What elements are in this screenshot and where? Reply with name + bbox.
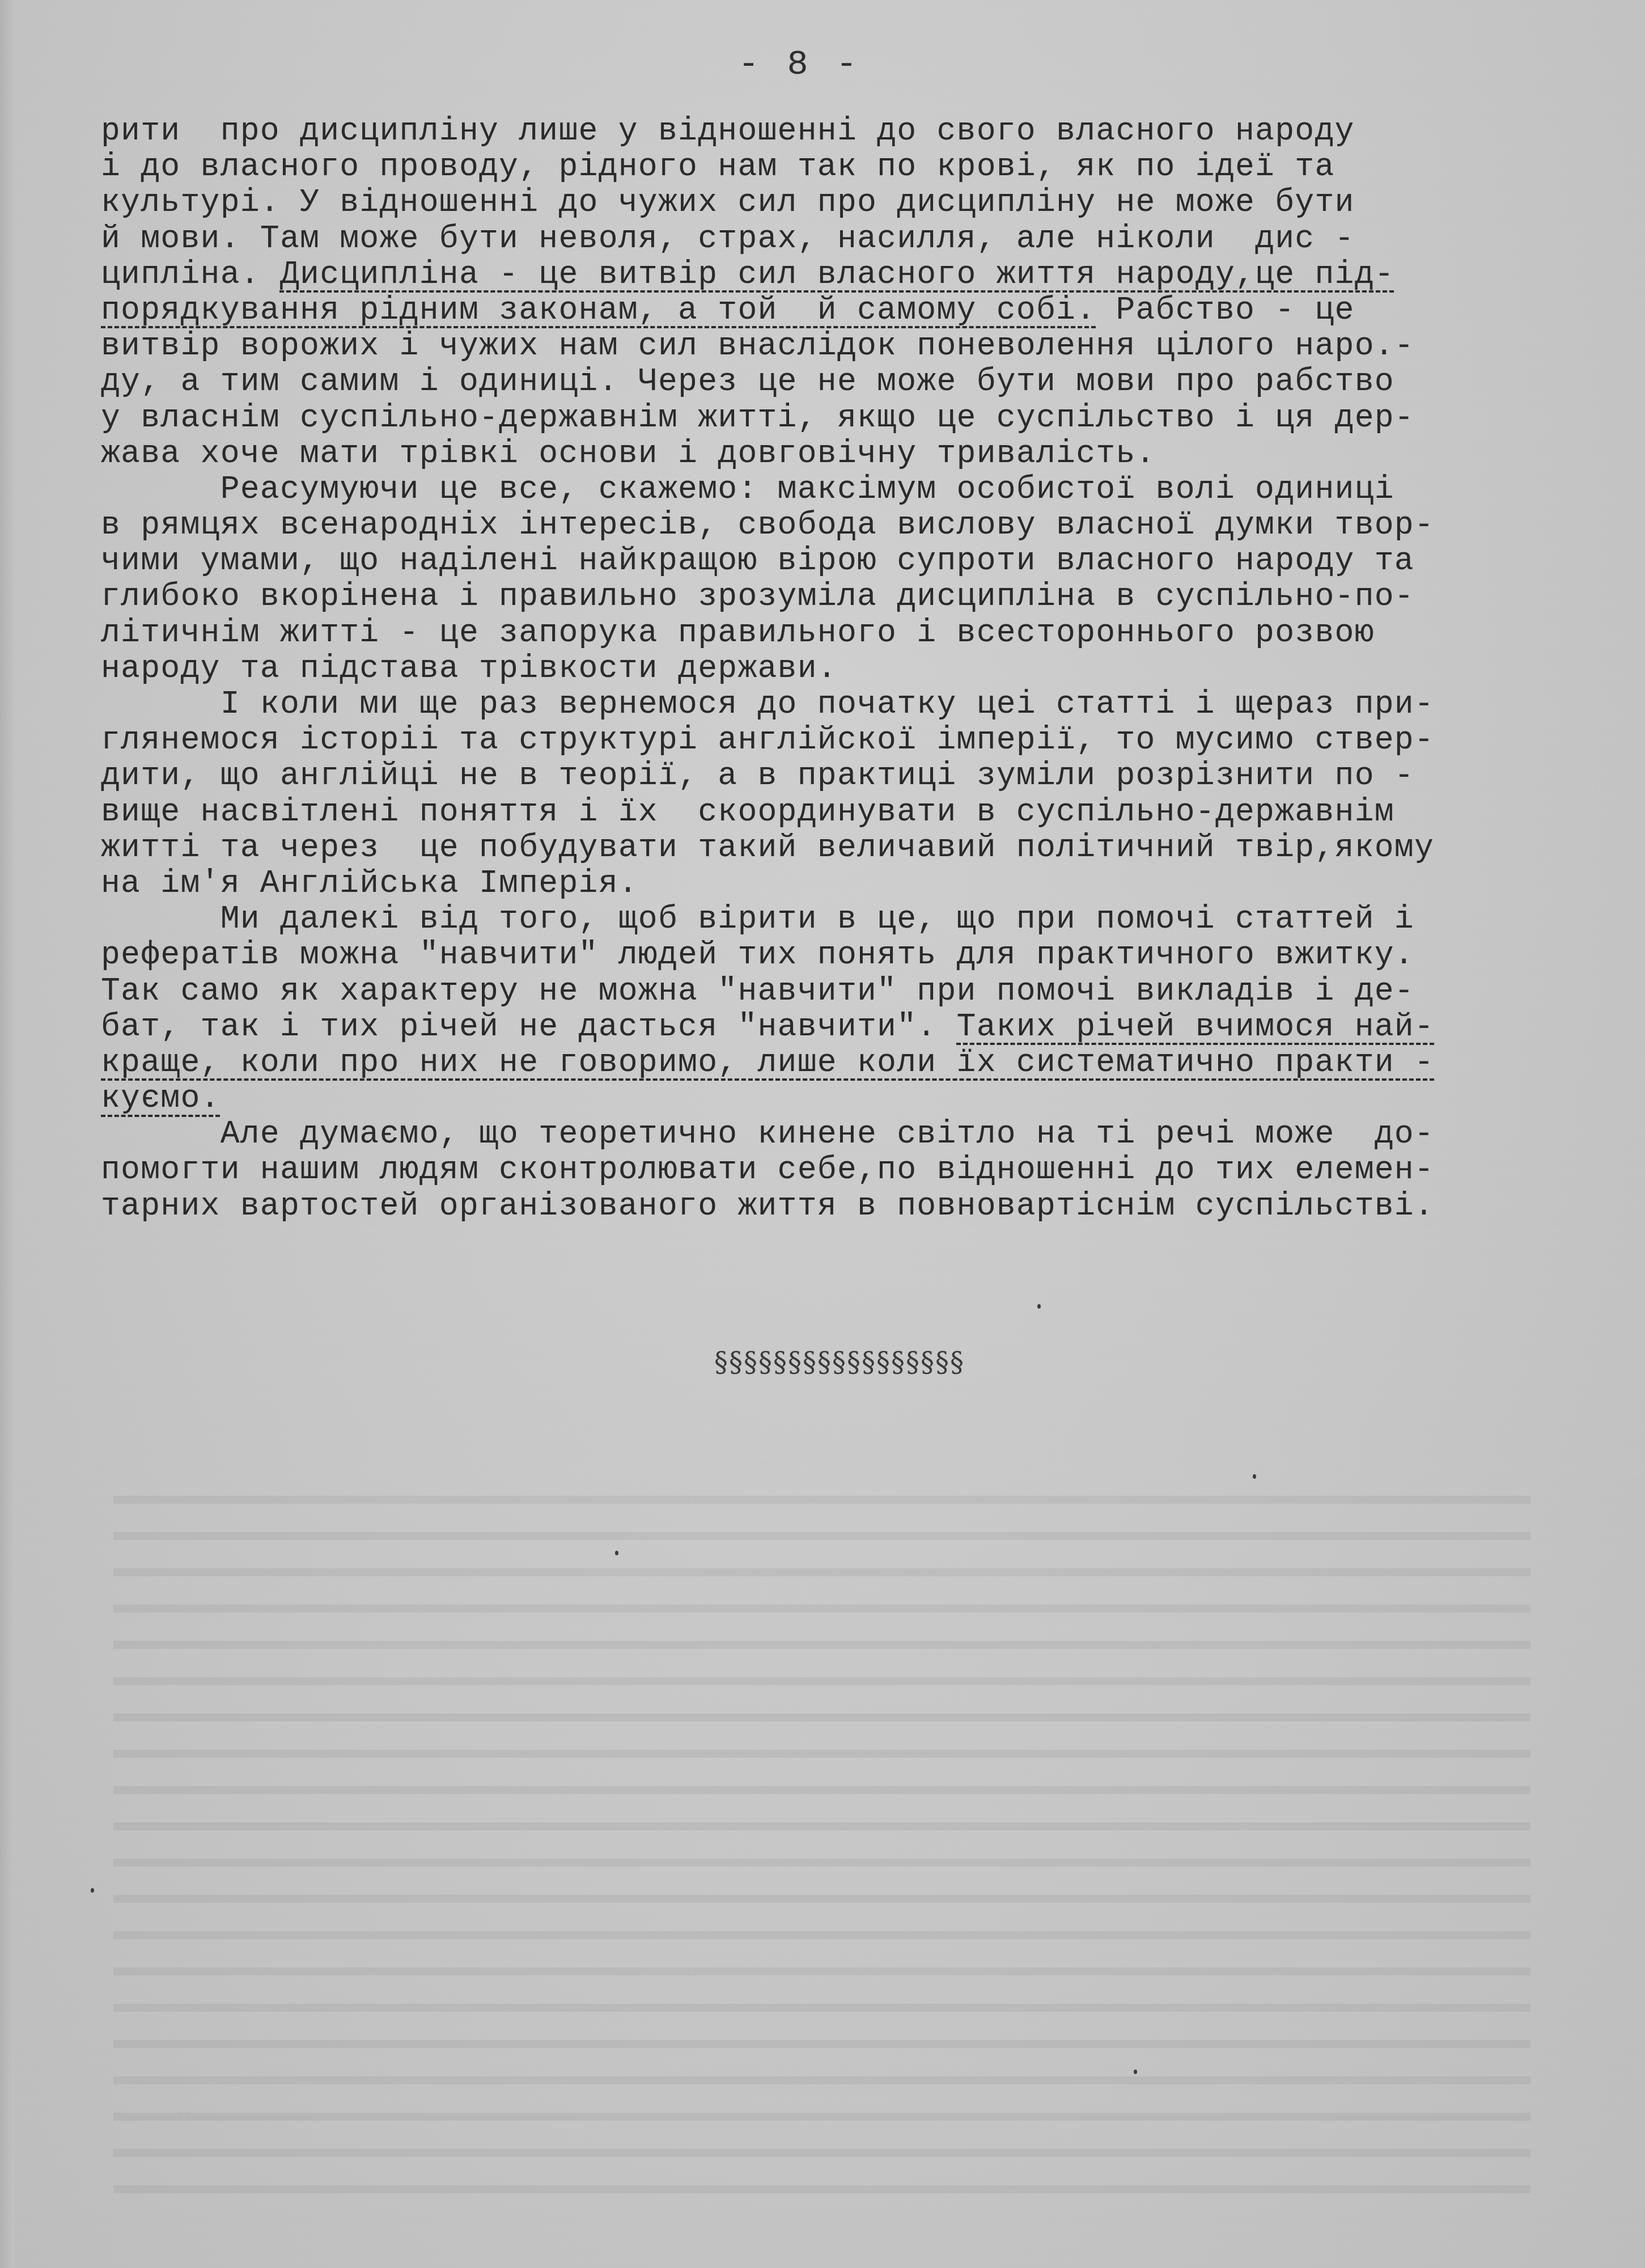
text-segment: бат, так і тих річей не дасться "навчити… — [101, 1009, 957, 1045]
text-line: і до власного проводу, рідного нам так п… — [101, 149, 1552, 185]
underlined-text: Дисципліна - це витвір сил власного житт… — [280, 256, 1394, 293]
underlined-text: порядкування рідним законам, а той й сам… — [101, 292, 1096, 328]
text-line: бат, так і тих річей не дасться "навчити… — [101, 1009, 1552, 1045]
text-line: дити, що англійці не в теорії, а в практ… — [101, 758, 1552, 794]
text-segment: Реасумуючи це все, скажемо: максімум осо… — [101, 471, 1394, 507]
text-line: глибоко вкорінена і правильно зрозуміла … — [101, 579, 1552, 615]
paper-speck — [1037, 1304, 1041, 1309]
text-segment: Рабство - це — [1096, 292, 1354, 328]
page-number: - 8 - — [731, 44, 867, 84]
text-line: культурі. У відношенні до чужих сил про … — [101, 185, 1552, 221]
text-line: Так само як характеру не можна "навчити"… — [101, 974, 1552, 1009]
underlined-text: куємо. — [101, 1080, 221, 1116]
text-line: рефератів можна "навчити" людей тих поня… — [101, 937, 1552, 973]
text-line: помогти нашим людям сконтролювати себе,п… — [101, 1152, 1552, 1188]
text-line: вище насвітлені поняття і їх скоординува… — [101, 794, 1552, 830]
text-segment: Але думаємо, що теоретично кинене світло… — [101, 1116, 1434, 1152]
text-line: житті та через це побудувати такий велич… — [101, 830, 1552, 866]
text-line: Ми далекі від того, щоб вірити в це, що … — [101, 902, 1552, 937]
text-segment: жава хоче мати трівкі основи і довговічн… — [101, 435, 1156, 472]
paper-speck — [91, 1888, 94, 1893]
text-segment: житті та через це побудувати такий велич… — [101, 830, 1434, 866]
text-line: чими умами, що наділені найкращою вірою … — [101, 543, 1552, 579]
text-line: на ім'я Англійська Імперія. — [101, 866, 1552, 902]
text-line: народу та підстава трівкости держави. — [101, 651, 1552, 687]
text-segment: витвір ворожих і чужих нам сил внаслідок… — [101, 328, 1414, 364]
text-line: куємо. — [101, 1081, 1552, 1116]
text-segment: рефератів можна "навчити" людей тих поня… — [101, 937, 1414, 973]
text-line: ципліна. Дисципліна - це витвір сил влас… — [101, 257, 1552, 293]
bleed-through-text — [113, 1474, 1530, 2211]
text-line: Але думаємо, що теоретично кинене світло… — [101, 1116, 1552, 1152]
text-segment: і до власного проводу, рідного нам так п… — [101, 149, 1335, 185]
text-segment: І коли ми ще раз вернемося до початку це… — [101, 686, 1434, 722]
paper-speck — [1134, 2070, 1137, 2074]
text-line: жава хоче мати трівкі основи і довговічн… — [101, 436, 1552, 472]
text-segment: глянемося історіі та структурі англійско… — [101, 722, 1434, 758]
text-segment: вище насвітлені поняття і їх скоординува… — [101, 794, 1394, 830]
page-edge-shadow — [0, 0, 15, 2268]
typewritten-body: рити про дисципліну лише у відношенні до… — [101, 113, 1552, 1224]
underlined-text: Таких річей вчимося най- — [957, 1009, 1435, 1045]
section-divider: §§§§§§§§§§§§§§§§§ — [714, 1347, 965, 1378]
text-segment: й мови. Там може бути неволя, страх, нас… — [101, 221, 1355, 257]
underlined-text: краще, коли про них не говоримо, лише ко… — [101, 1044, 1434, 1081]
text-line: краще, коли про них не говоримо, лише ко… — [101, 1045, 1552, 1081]
text-segment: культурі. У відношенні до чужих сил про … — [101, 184, 1355, 221]
text-line: й мови. Там може бути неволя, страх, нас… — [101, 221, 1552, 257]
text-line: глянемося історіі та структурі англійско… — [101, 722, 1552, 758]
text-line: ду, а тим самим і одиниці. Через це не м… — [101, 364, 1552, 400]
text-line: Реасумуючи це все, скажемо: максімум осо… — [101, 472, 1552, 507]
text-segment: народу та підстава трівкости держави. — [101, 650, 837, 687]
text-segment: рити про дисципліну лише у відношенні до… — [101, 113, 1355, 149]
text-segment: глибоко вкорінена і правильно зрозуміла … — [101, 578, 1414, 615]
text-line: в рямцях всенародніх інтересів, свобода … — [101, 507, 1552, 543]
paper-speck — [1253, 1474, 1256, 1479]
text-segment: в рямцях всенародніх інтересів, свобода … — [101, 507, 1434, 543]
text-segment: ципліна. — [101, 256, 280, 293]
text-segment: літичнім житті - це запорука правильного… — [101, 615, 1375, 651]
text-segment: на ім'я Англійська Імперія. — [101, 865, 638, 902]
text-line: рити про дисципліну лише у відношенні до… — [101, 113, 1552, 149]
text-segment: ду, а тим самим і одиниці. Через це не м… — [101, 363, 1394, 400]
text-line: у власнім суспільно-державнім житті, якщ… — [101, 400, 1552, 436]
text-line: порядкування рідним законам, а той й сам… — [101, 293, 1552, 328]
text-segment: Ми далекі від того, щоб вірити в це, що … — [101, 901, 1414, 937]
text-line: літичнім житті - це запорука правильного… — [101, 615, 1552, 651]
text-segment: тарних вартостей організованого життя в … — [101, 1188, 1434, 1224]
text-segment: Так само як характеру не можна "навчити"… — [101, 973, 1414, 1009]
text-segment: помогти нашим людям сконтролювати себе,п… — [101, 1152, 1434, 1188]
text-segment: дити, що англійці не в теорії, а в практ… — [101, 758, 1414, 794]
text-segment: у власнім суспільно-державнім житті, якщ… — [101, 400, 1414, 436]
text-line: витвір ворожих і чужих нам сил внаслідок… — [101, 328, 1552, 364]
text-line: І коли ми ще раз вернемося до початку це… — [101, 687, 1552, 722]
text-line: тарних вартостей організованого життя в … — [101, 1188, 1552, 1224]
document-page: - 8 - рити про дисципліну лише у відноше… — [0, 0, 1645, 2268]
text-segment: чими умами, що наділені найкращою вірою … — [101, 543, 1414, 579]
paper-speck — [615, 1551, 618, 1555]
